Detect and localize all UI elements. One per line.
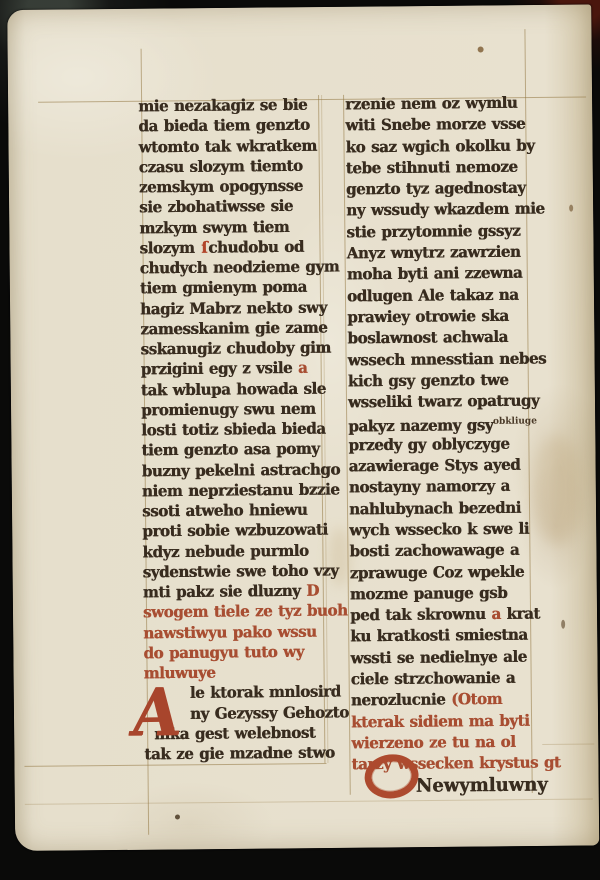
- text-segment: wtomto tak wkratkem: [138, 136, 316, 156]
- ink-speck: [175, 814, 180, 819]
- text-segment: hagiz Mabrz nekto swy: [140, 298, 327, 319]
- text-line: ku kratkosti smiestna: [350, 624, 542, 648]
- text-segment: ny Gezyssy Gehozto: [190, 702, 349, 722]
- text-segment: chudobu od: [208, 237, 304, 257]
- initial-letter-A: A: [128, 680, 185, 746]
- text-segment: Newymluwny: [416, 773, 548, 796]
- text-segment: wierzeno ze tu na ol: [351, 732, 515, 752]
- text-segment: losti totiz sbieda bieda: [141, 419, 325, 439]
- text-line: pakyz nazemy gsyobkliuge: [348, 411, 540, 435]
- ruling-line-bottom-col2: [542, 743, 594, 744]
- text-line: wssti se nedielnye ale: [350, 646, 542, 670]
- text-line: zamesskanim gie zame: [140, 317, 326, 340]
- text-line: da bieda tiem genzto: [138, 114, 324, 137]
- text-segment: sydenstwie swe toho vzy: [143, 561, 339, 582]
- text-line: zprawuge Coz wpekle: [350, 560, 542, 584]
- text-line: czasu slozym tiemto: [139, 155, 325, 178]
- text-line: mzkym swym tiem: [139, 216, 325, 239]
- text-line: hagiz Mabrz nekto swy: [140, 297, 326, 320]
- text-line: przedy gy oblyczyge: [348, 433, 540, 457]
- text-segment: nahlubynach bezedni: [349, 498, 521, 518]
- text-segment: D: [306, 581, 319, 600]
- text-segment: krat: [501, 604, 540, 623]
- text-line: ko saz wgich okolku by: [345, 135, 537, 159]
- text-segment: przigini egy z vsile: [141, 359, 298, 379]
- text-column-right: rzenie nem oz wymluwiti Snebe morze vsse…: [345, 92, 544, 797]
- text-line: promienugy swu nem: [141, 398, 327, 421]
- text-segment: ny wssudy wkazdem mie: [346, 199, 545, 220]
- text-segment: tak wblupa howada sle: [141, 379, 326, 399]
- text-segment: witi Snebe morze vsse: [345, 114, 525, 134]
- text-line: wssech mnesstian nebes: [347, 348, 539, 372]
- text-segment: moha byti ani zzewna: [347, 264, 523, 284]
- text-line: tiem genzto asa pomy: [141, 438, 327, 461]
- text-segment: kdyz nebude purmlo: [142, 541, 308, 561]
- text-segment: przedy gy oblyczyge: [348, 434, 509, 454]
- text-segment: boslawnost achwala: [347, 328, 508, 348]
- text-segment: Anyz wnytrz zawrzien: [346, 242, 520, 262]
- text-segment: tebe stihnuti nemoze: [346, 157, 518, 177]
- text-line: proti sobie wzbuzowati: [142, 519, 328, 542]
- text-segment: (Otom: [451, 690, 502, 709]
- text-line: sydenstwie swe toho vzy: [143, 560, 329, 583]
- text-segment: ſ: [200, 238, 208, 257]
- text-segment: genzto tyz agednostay: [346, 178, 526, 198]
- text-line: kterak sidiem ma byti: [351, 710, 543, 734]
- text-segment: wssech mnesstian nebes: [347, 348, 546, 369]
- ink-speck: [569, 205, 573, 212]
- text-segment: a: [491, 605, 501, 624]
- text-line: nerozlucnie (Otom: [351, 688, 543, 712]
- text-line: kdyz nebude purmlo: [142, 539, 328, 562]
- ink-speck: [478, 46, 484, 52]
- text-line: odlugen Ale takaz na: [347, 284, 539, 308]
- text-column-left: mie nezakagiz se bieda bieda tiem genzto…: [138, 94, 330, 764]
- text-segment: proti sobie wzbuzowati: [142, 520, 328, 540]
- text-segment: ped tak skrownu: [350, 605, 491, 625]
- text-segment: chudych neodzieme gym: [140, 257, 340, 278]
- text-segment: ku kratkosti smiestna: [350, 626, 527, 646]
- text-segment: ko saz wgich okolku by: [345, 136, 534, 157]
- text-line: moha byti ani zzewna: [347, 262, 539, 286]
- text-segment: rzenie nem oz wymlu: [345, 93, 517, 113]
- text-segment: swogem tiele ze tyz buoh: [143, 601, 348, 622]
- interlinear-gloss: obkliuge: [493, 417, 537, 428]
- text-segment: mie nezakagiz se bie: [138, 95, 307, 115]
- text-line: mozme panuge gsb: [350, 582, 542, 606]
- text-segment: promienugy swu nem: [141, 399, 316, 419]
- text-segment: da bieda tiem genzto: [138, 115, 309, 135]
- text-segment: do panugyu tuto wy: [143, 642, 304, 662]
- text-line: wtomto tak wkratkem: [138, 135, 324, 158]
- manuscript-photo: { "artifact": { "kind": "medieval manusc…: [0, 0, 600, 880]
- text-line: kich gsy genzto twe: [348, 369, 540, 393]
- text-line: tiem gmienym poma: [140, 276, 326, 299]
- text-line: tak wblupa howada sle: [141, 377, 327, 400]
- text-segment: nawstiwyu pako wssu: [143, 622, 316, 642]
- text-segment: bosti zachowawage a: [349, 540, 519, 560]
- text-segment: czasu slozym tiemto: [139, 156, 303, 176]
- ink-speck: [561, 620, 565, 629]
- text-segment: prawiey otrowie ska: [347, 306, 509, 326]
- text-segment: mti pakz sie dluzny: [143, 581, 307, 601]
- text-segment: odlugen Ale takaz na: [347, 285, 519, 305]
- text-line: nawstiwyu pako wssu: [143, 620, 329, 643]
- text-segment: zamesskanim gie zame: [140, 318, 327, 339]
- text-segment: a: [298, 358, 308, 377]
- text-line: buzny pekelni astrachgo: [142, 458, 328, 481]
- text-segment: sie zbohatiwsse sie: [139, 197, 293, 217]
- text-segment: buzny pekelni astrachgo: [142, 459, 340, 480]
- text-line: do panugyu tuto wy: [143, 641, 329, 664]
- text-line: ny wssudy wkazdem mie: [346, 198, 538, 222]
- text-segment: niem neprziestanu bzzie: [142, 480, 340, 501]
- text-segment: ssoti atweho hniewu: [142, 500, 307, 520]
- text-line: niem neprziestanu bzzie: [142, 479, 328, 502]
- text-line: witi Snebe morze vsse: [345, 113, 537, 137]
- text-segment: sskanugiz chudoby gim: [140, 338, 330, 359]
- text-segment: tiem genzto asa pomy: [141, 439, 319, 459]
- text-segment: le ktorak mnlosird: [190, 682, 341, 702]
- text-line: swogem tiele ze tyz buoh: [143, 600, 329, 623]
- text-line: nostayny namorzy a: [349, 475, 541, 499]
- ruling-line-bottom: [25, 798, 593, 804]
- text-segment: nostayny namorzy a: [349, 477, 510, 497]
- text-segment: tiem gmienym poma: [140, 277, 307, 297]
- text-segment: zemskym opogynsse: [139, 176, 303, 196]
- text-segment: kich gsy genzto twe: [348, 370, 509, 390]
- text-line: boslawnost achwala: [347, 326, 539, 350]
- text-segment: wssti se nedielnye ale: [350, 647, 526, 667]
- text-line: nahlubynach bezedni: [349, 497, 541, 521]
- text-segment: nerozlucnie: [351, 690, 451, 710]
- text-segment: azawierage Stys ayed: [349, 455, 521, 475]
- text-line: przigini egy z vsile a: [141, 357, 327, 380]
- manuscript-page: mie nezakagiz se bieda bieda tiem genzto…: [7, 4, 599, 851]
- text-segment: mzkym swym tiem: [139, 217, 289, 237]
- text-line: slozym ſchudobu od: [139, 236, 325, 259]
- text-segment: stie przytomnie gssyz: [346, 221, 520, 241]
- text-line: sie zbohatiwsse sie: [139, 195, 325, 218]
- text-line: stie przytomnie gssyz: [346, 220, 538, 244]
- text-segment: ciele strzchowanie a: [351, 668, 516, 688]
- text-segment: kterak sidiem ma byti: [351, 711, 529, 731]
- text-segment: wsseliki twarz opatrugy: [348, 391, 539, 412]
- text-segment: zprawuge Coz wpekle: [350, 562, 525, 582]
- text-segment: wych wssecko k swe li: [349, 519, 529, 539]
- text-segment: mozme panuge gsb: [350, 583, 508, 603]
- text-line: bosti zachowawage a: [349, 539, 541, 563]
- text-segment: slozym: [139, 238, 200, 257]
